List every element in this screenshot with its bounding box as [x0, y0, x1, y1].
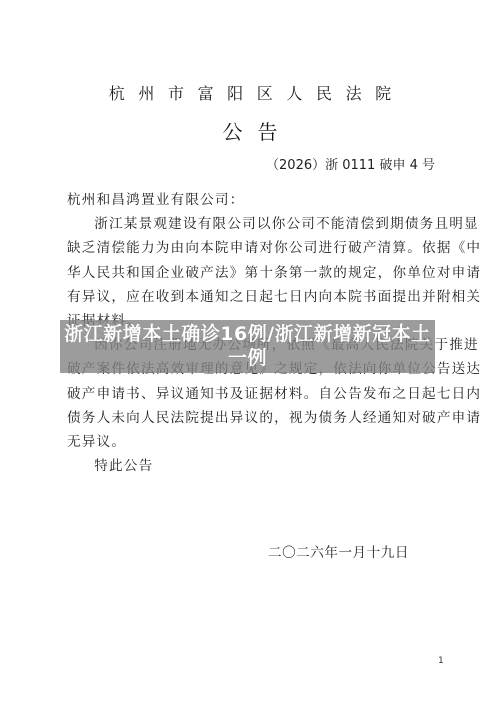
headline-overlay-banner: 浙江新增本土确诊16例/浙江新增新冠本土一例 [60, 320, 435, 373]
notice-date: 二〇二六年一月十九日 [268, 543, 409, 563]
paragraph-line: 华人民共和国企业破产法》第十条第一款的规定，你单位对申请 [67, 261, 447, 285]
court-name: 杭州市富阳区人民法院 [0, 84, 500, 104]
addressee: 杭州和昌鸿置业有限公司： [67, 188, 447, 212]
addressee-line: 杭州和昌鸿置业有限公司： [67, 188, 447, 212]
case-number: （2026）浙 0111 破申 4 号 [266, 157, 435, 175]
closing-text: 特此公告 [67, 454, 447, 478]
closing-paragraph: 特此公告 [67, 454, 447, 478]
document-page: 杭州市富阳区人民法院 公告 （2026）浙 0111 破申 4 号 杭州和昌鸿置… [0, 0, 500, 706]
paragraph-line: 无异议。 [67, 430, 447, 454]
paragraph-line: 缺乏清偿能力为由向本院申请对你公司进行破产清算。依据《中 [67, 236, 447, 260]
headline-overlay-text: 浙江新增本土确诊16例/浙江新增新冠本土一例 [60, 322, 435, 370]
paragraph-line: 债务人未向人民法院提出异议的，视为债务人经通知对破产申请 [67, 406, 447, 430]
paragraph-line: 浙江某景观建设有限公司以你公司不能清偿到期债务且明显 [67, 212, 447, 236]
paragraph-line: 有异议，应在收到本通知之日起七日内向本院书面提出并附相关 [67, 285, 447, 309]
paragraph-line: 破产申请书、异议通知书及证据材料。自公告发布之日起七日内 [67, 382, 447, 406]
page-number: 1 [438, 655, 444, 667]
paragraph-1: 浙江某景观建设有限公司以你公司不能清偿到期债务且明显 缺乏清偿能力为由向本院申请… [67, 212, 447, 333]
notice-title: 公告 [0, 120, 500, 144]
